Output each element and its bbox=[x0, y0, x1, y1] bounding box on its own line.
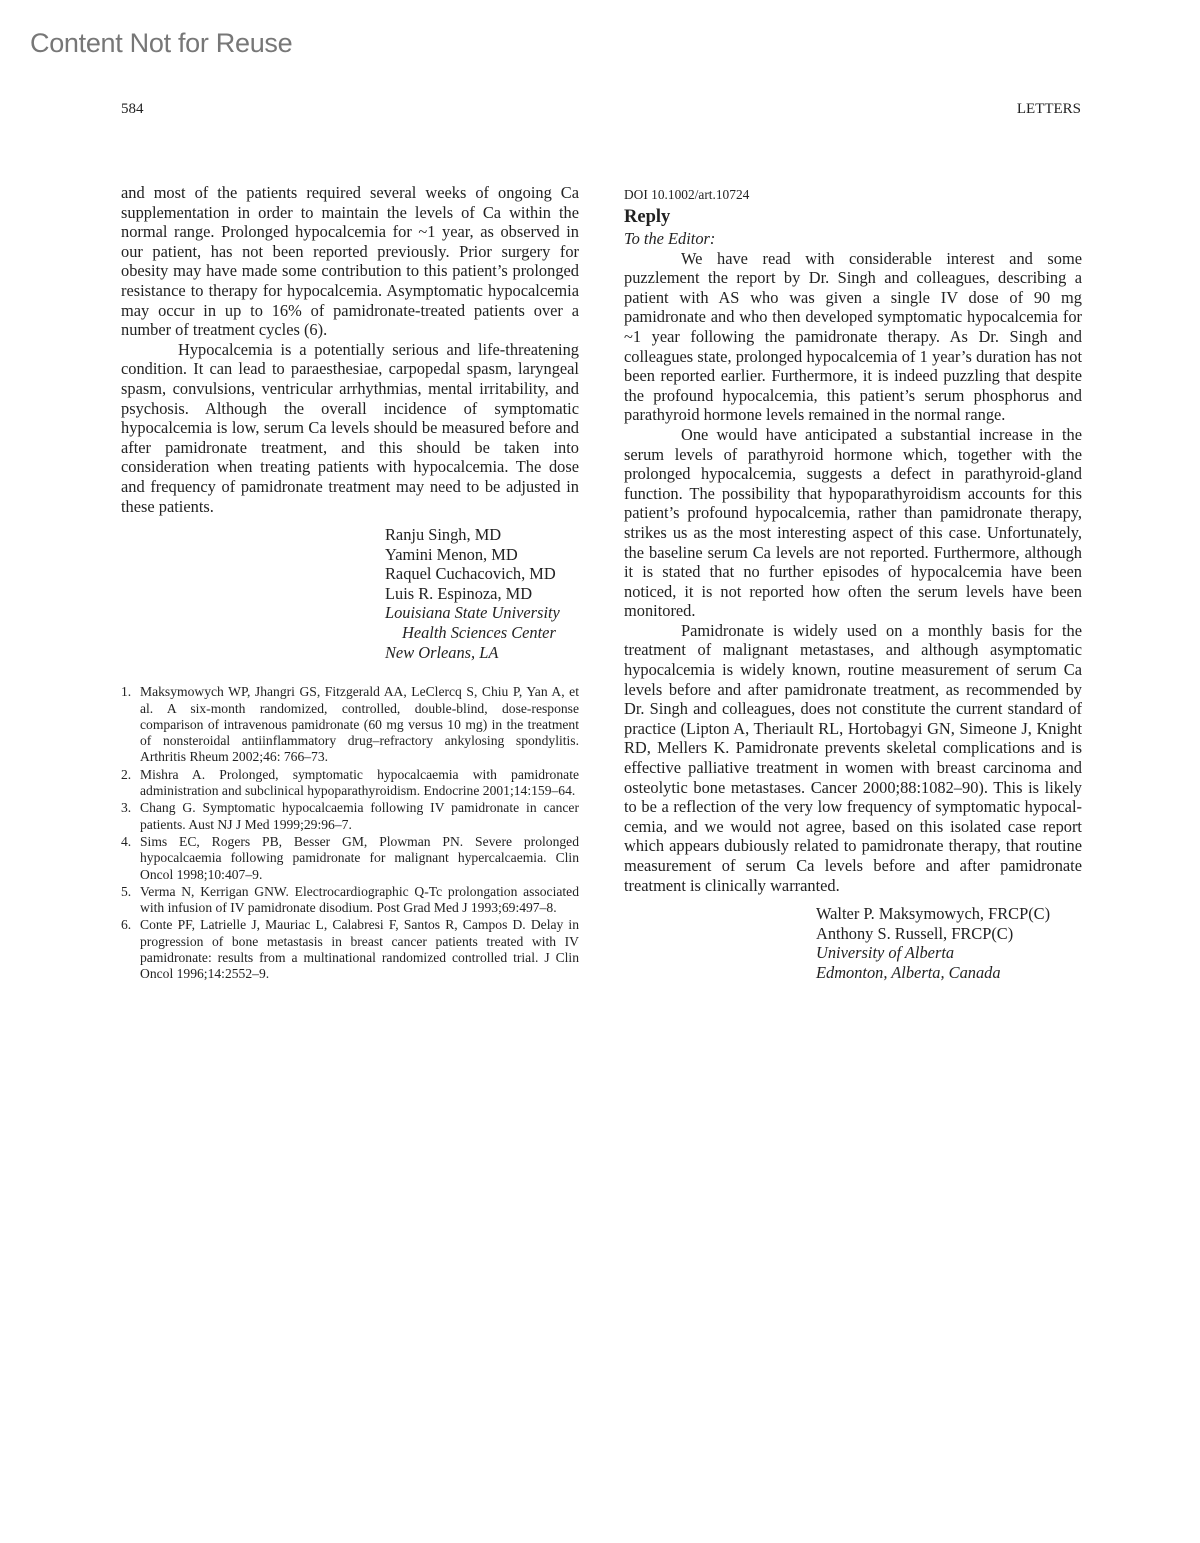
author-name: Raquel Cuchacovich, MD bbox=[385, 564, 579, 584]
body-paragraph: and most of the patients required severa… bbox=[121, 183, 579, 340]
author-affiliation: University of Alberta bbox=[816, 943, 1082, 963]
author-name: Ranju Singh, MD bbox=[385, 525, 579, 545]
author-name: Anthony S. Russell, FRCP(C) bbox=[816, 924, 1082, 944]
salutation: To the Editor: bbox=[624, 229, 1082, 249]
reference-text: Maksymowych WP, Jhangri GS, Fitzgerald A… bbox=[140, 684, 579, 764]
reference-item: 3.Chang G. Symptomatic hypocalcaemia fol… bbox=[121, 800, 579, 833]
body-paragraph: Pamidronate is widely used on a monthly … bbox=[624, 621, 1082, 895]
author-location: Edmonton, Alberta, Canada bbox=[816, 963, 1082, 983]
reference-text: Conte PF, Latrielle J, Mauriac L, Calabr… bbox=[140, 917, 579, 981]
reference-item: 1.Maksymowych WP, Jhangri GS, Fitzgerald… bbox=[121, 684, 579, 765]
section-label: LETTERS bbox=[1017, 101, 1081, 118]
body-paragraph: One would have anticipated a substantial… bbox=[624, 425, 1082, 621]
reply-signature: Walter P. Maksymowych, FRCP(C) Anthony S… bbox=[816, 904, 1082, 982]
watermark: Content Not for Reuse bbox=[30, 28, 292, 59]
reply-heading: Reply bbox=[624, 205, 1082, 229]
reference-number: 3. bbox=[121, 800, 131, 816]
author-location: New Orleans, LA bbox=[385, 643, 579, 663]
reference-number: 6. bbox=[121, 917, 131, 933]
author-signature: Ranju Singh, MD Yamini Menon, MD Raquel … bbox=[385, 525, 579, 662]
reference-item: 4.Sims EC, Rogers PB, Besser GM, Plowman… bbox=[121, 834, 579, 883]
left-column: and most of the patients required severa… bbox=[121, 183, 579, 984]
author-name: Luis R. Espinoza, MD bbox=[385, 584, 579, 604]
reference-number: 2. bbox=[121, 767, 131, 783]
reference-number: 1. bbox=[121, 684, 131, 700]
reference-text: Mishra A. Prolonged, symptomatic hypocal… bbox=[140, 767, 579, 798]
reference-number: 4. bbox=[121, 834, 131, 850]
page-number: 584 bbox=[121, 101, 144, 118]
reference-item: 5.Verma N, Kerrigan GNW. Electrocardiogr… bbox=[121, 884, 579, 917]
reference-text: Chang G. Symptomatic hypocalcaemia follo… bbox=[140, 800, 579, 831]
body-paragraph: We have read with considerable interest … bbox=[624, 249, 1082, 425]
reference-list: 1.Maksymowych WP, Jhangri GS, Fitzgerald… bbox=[121, 684, 579, 982]
author-affiliation: Louisiana State University bbox=[385, 603, 579, 623]
author-name: Yamini Menon, MD bbox=[385, 545, 579, 565]
reference-number: 5. bbox=[121, 884, 131, 900]
author-name: Walter P. Maksymowych, FRCP(C) bbox=[816, 904, 1082, 924]
doi-line: DOI 10.1002/art.10724 bbox=[624, 187, 1082, 203]
reference-text: Sims EC, Rogers PB, Besser GM, Plowman P… bbox=[140, 834, 579, 882]
body-paragraph: Hypocalcemia is a potentially serious an… bbox=[121, 340, 579, 516]
reference-item: 2.Mishra A. Prolonged, symptomatic hypoc… bbox=[121, 767, 579, 800]
reference-text: Verma N, Kerrigan GNW. Electrocardiograp… bbox=[140, 884, 579, 915]
reference-item: 6.Conte PF, Latrielle J, Mauriac L, Cala… bbox=[121, 917, 579, 982]
author-affiliation: Health Sciences Center bbox=[385, 623, 579, 643]
right-column: DOI 10.1002/art.10724 Reply To the Edito… bbox=[624, 183, 1082, 983]
